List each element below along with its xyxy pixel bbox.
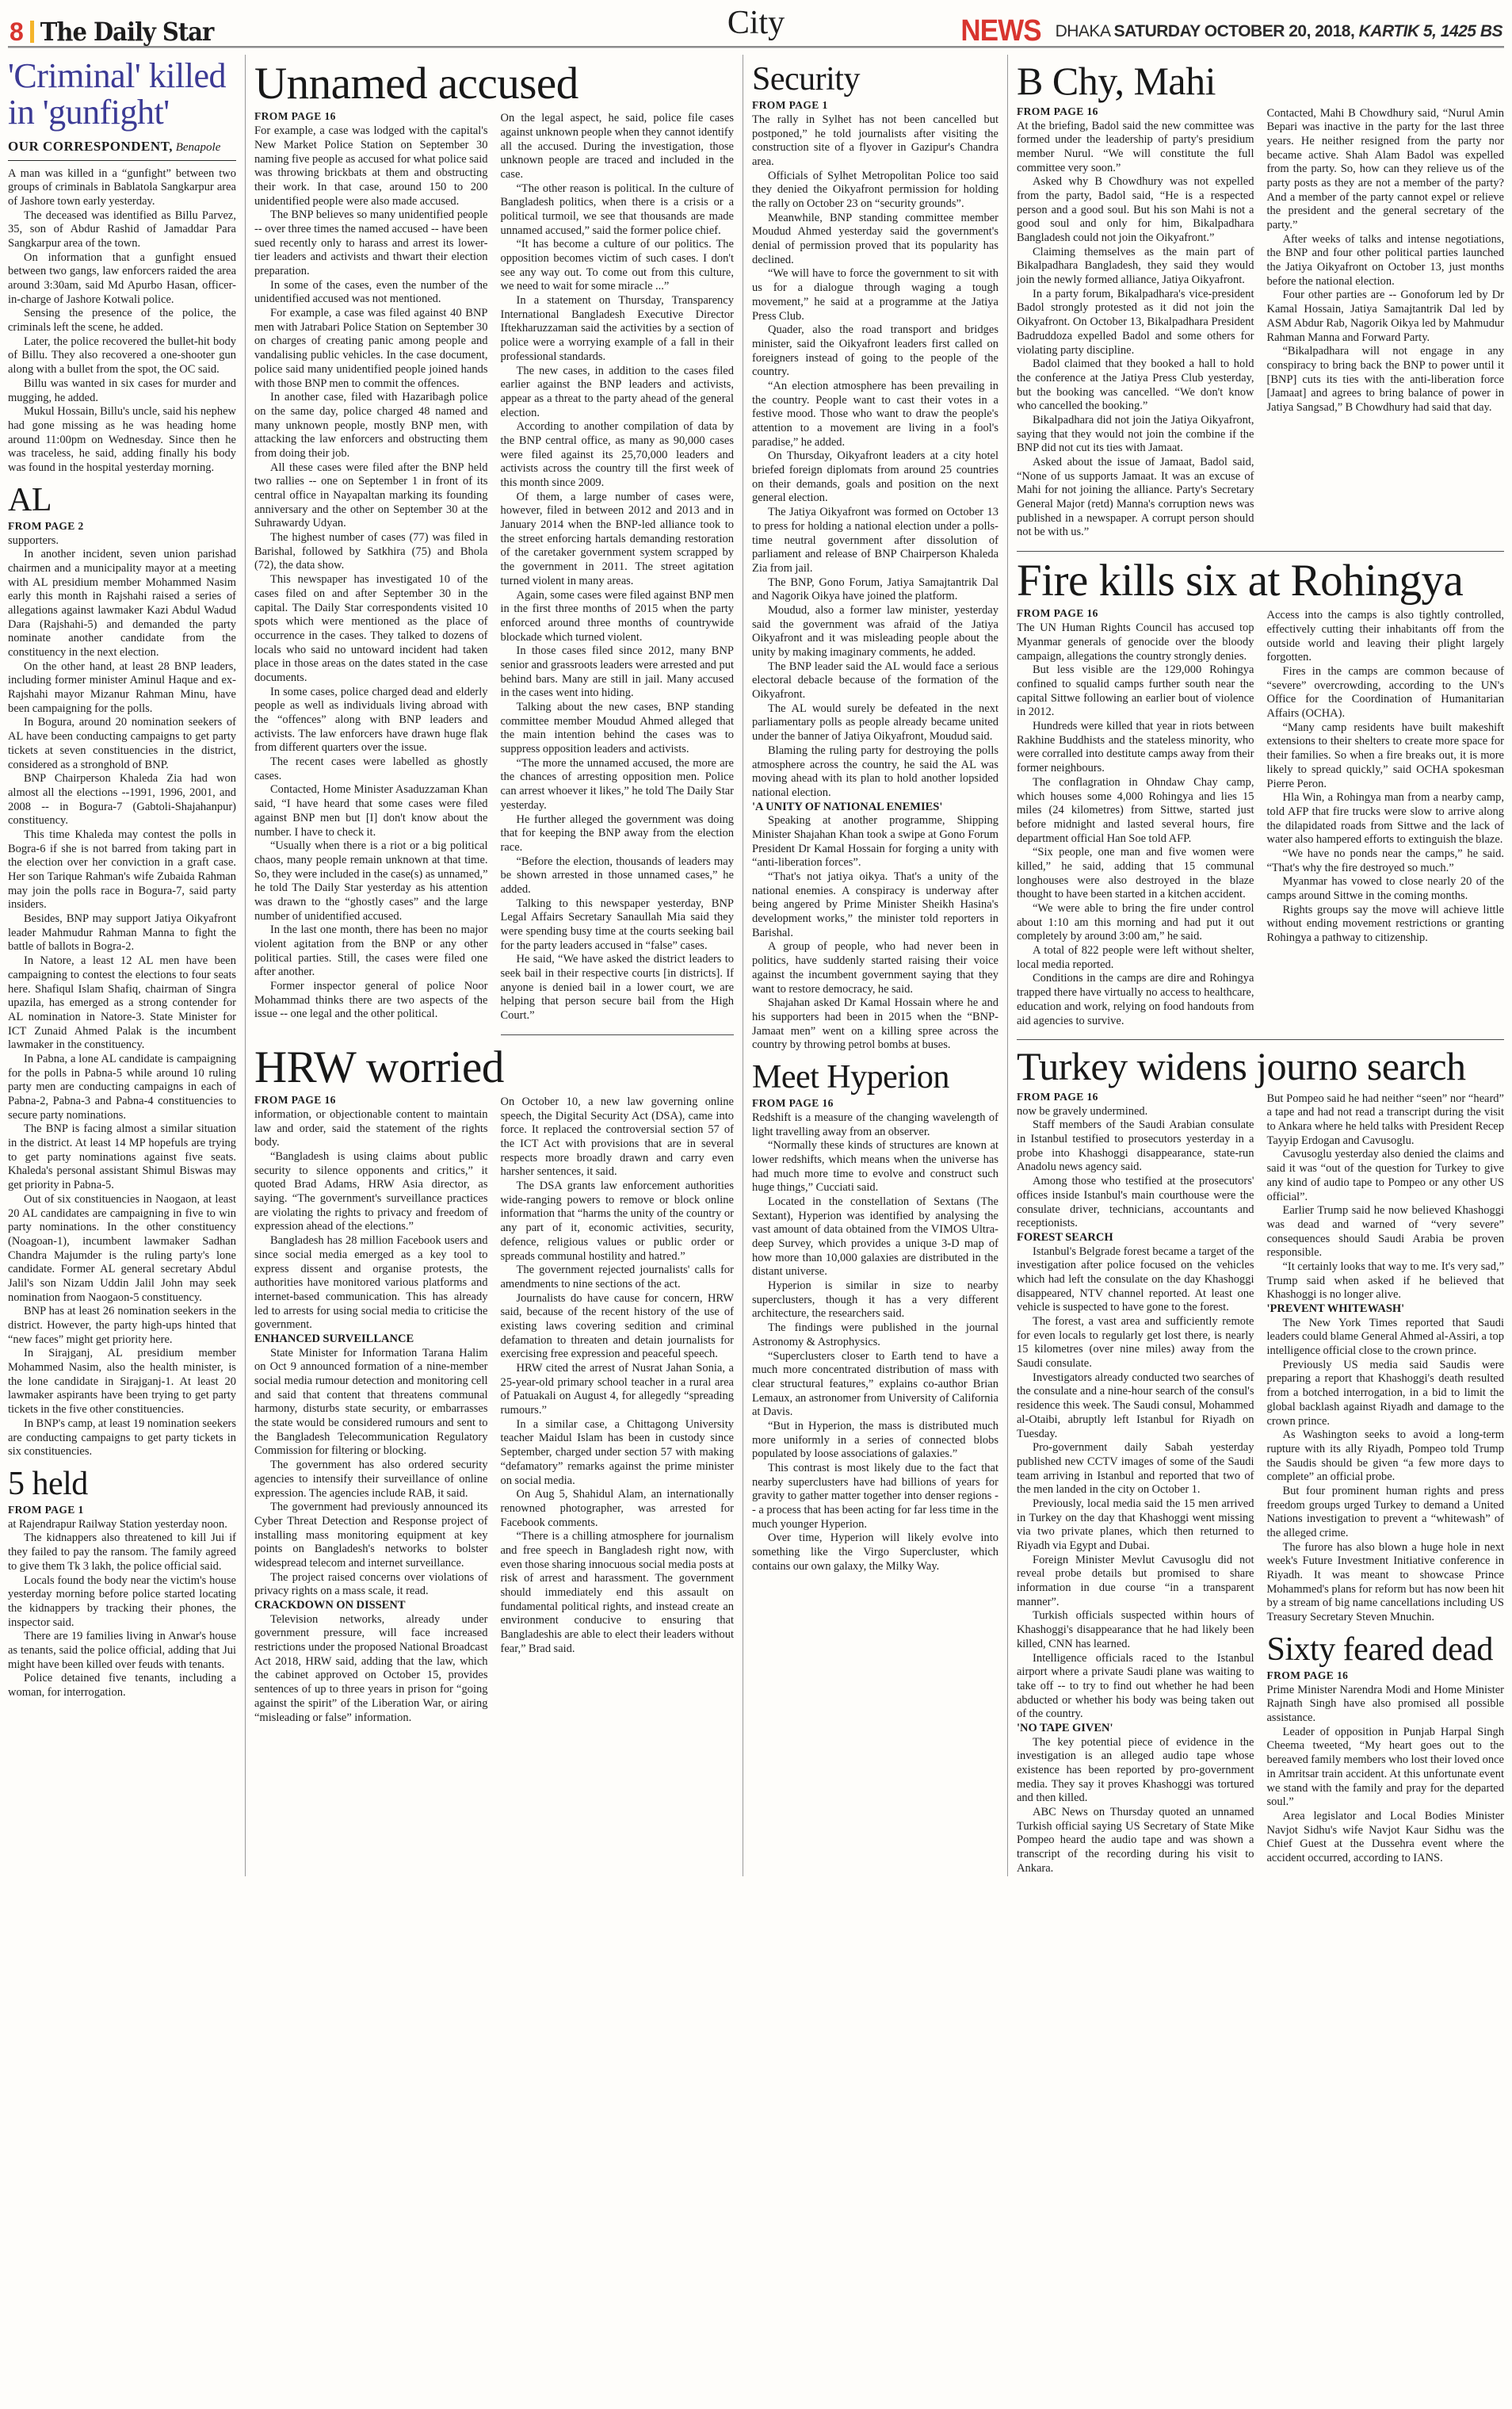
article-paragraph: Blaming the ruling party for destroying … [752, 744, 998, 801]
article-paragraph: Contacted, Home Minister Asaduzzaman Kha… [254, 783, 488, 839]
article-paragraph: According to another compilation of data… [501, 420, 735, 490]
article-body: At the briefing, Badol said the new comm… [1017, 120, 1254, 541]
article-paragraph: In BNP's camp, at least 19 nomination se… [8, 1417, 236, 1459]
newspaper-page: 8 The Daily Star City NEWS DHAKA SATURDA… [0, 0, 1512, 2409]
masthead-group: 8 The Daily Star [10, 19, 213, 44]
article-paragraph: Staff members of the Saudi Arabian consu… [1017, 1118, 1254, 1175]
article-paragraph: In a party forum, Bikalpadhara's vice-pr… [1017, 288, 1254, 358]
article-paragraph: ABC News on Thursday quoted an unnamed T… [1017, 1806, 1254, 1876]
article-paragraph: The AL would surely be defeated in the n… [752, 702, 998, 744]
article-paragraph: In those cases filed since 2012, many BN… [501, 644, 735, 701]
headline-unnamed-accused: Unnamed accused [254, 63, 734, 105]
article-paragraph: Locals found the body near the victim's … [8, 1574, 236, 1631]
article-paragraph: The government has also ordered security… [254, 1459, 488, 1501]
article-paragraph: Istanbul's Belgrade forest became a targ… [1017, 1245, 1254, 1315]
dateline-date: SATURDAY OCTOBER 20, 2018, [1114, 22, 1359, 40]
article-paragraph: On Aug 5, Shahidul Alam, an internationa… [501, 1488, 735, 1530]
article-paragraph: Later, the police recovered the bullet-h… [8, 335, 236, 377]
article-paragraph: For example, a case was filed against 40… [254, 307, 488, 391]
article-paragraph: In another case, filed with Hazaribagh p… [254, 391, 488, 461]
article-paragraph: Hundreds were killed that year in riots … [1017, 720, 1254, 776]
article-paragraph: Access into the camps is also tightly co… [1267, 609, 1505, 665]
article-paragraph: “But in Hyperion, the mass is distribute… [752, 1420, 998, 1462]
article-paragraph: “Six people, one man and five women were… [1017, 846, 1254, 902]
article-al-jump: AL FROM PAGE 2 supporters.In another inc… [8, 485, 236, 1459]
two-column-body: FROM PAGE 16 information, or objectionab… [254, 1091, 734, 1725]
article-paragraph: The government had previously announced … [254, 1501, 488, 1570]
article-paragraph: The highest number of cases (77) was fil… [254, 531, 488, 573]
article-paragraph: State Minister for Information Tarana Ha… [254, 1347, 488, 1459]
article-paragraph: A group of people, who had never been in… [752, 940, 998, 996]
article-paragraph: Talking to this newspaper yesterday, BNP… [501, 897, 735, 954]
headline-b-chy-mahi: B Chy, Mahi [1017, 63, 1504, 101]
section-rule [1017, 1039, 1504, 1040]
article-paragraph: This contrast is most likely due to the … [752, 1462, 998, 1531]
article-paragraph: All these cases were filed after the BNP… [254, 461, 488, 531]
article-paragraph: Besides, BNP may support Jatiya Oikyafro… [8, 912, 236, 954]
article-body: at Rajendrapur Railway Station yesterday… [8, 1518, 236, 1700]
article-paragraph: Hyperion is similar in size to nearby su… [752, 1279, 998, 1321]
article-paragraph: Previously US media said Saudis were pre… [1267, 1359, 1505, 1428]
article-paragraph: Asked about the issue of Jamaat, Badol s… [1017, 456, 1254, 540]
article-turkey-journo-jump: Turkey widens journo search FROM PAGE 16… [1017, 1048, 1504, 1876]
article-body: Contacted, Mahi B Chowdhury said, “Nurul… [1267, 107, 1505, 415]
article-paragraph: Area legislator and Local Bodies Ministe… [1267, 1810, 1505, 1866]
section-title: City [727, 6, 785, 40]
article-paragraph: Out of six constituencies in Naogaon, at… [8, 1193, 236, 1306]
article-paragraph: Billu was wanted in six cases for murder… [8, 377, 236, 405]
article-paragraph: On the legal aspect, he said, police fil… [501, 112, 735, 182]
article-paragraph: On the other hand, at least 28 BNP leade… [8, 660, 236, 717]
article-paragraph: “Usually when there is a riot or a big p… [254, 839, 488, 923]
article-paragraph: In another incident, seven union parisha… [8, 548, 236, 660]
headline-security: Security [752, 64, 998, 96]
article-paragraph: “An election atmosphere has been prevail… [752, 380, 998, 449]
article-paragraph: In a statement on Thursday, Transparency… [501, 294, 735, 364]
article-paragraph: “Before the election, thousands of leade… [501, 855, 735, 897]
article-paragraph: The project raised concerns over violati… [254, 1571, 488, 1599]
jump-kicker: FROM PAGE 16 [254, 1094, 488, 1107]
article-body: Prime Minister Narendra Modi and Home Mi… [1267, 1684, 1505, 1866]
column-band-2: Unnamed accused FROM PAGE 16 For example… [246, 55, 743, 1876]
article-paragraph: The recent cases were labelled as ghostl… [254, 755, 488, 783]
article-body: On October 10, a new law governing onlin… [501, 1096, 735, 1657]
article-paragraph: “Bangladesh is using claims about public… [254, 1150, 488, 1234]
article-paragraph: “It certainly looks that way to me. It's… [1267, 1260, 1505, 1302]
article-paragraph: In Pabna, a lone AL candidate is campaig… [8, 1053, 236, 1122]
article-paragraph: The government rejected journalists' cal… [501, 1264, 735, 1291]
article-paragraph: Bangladesh has 28 million Facebook users… [254, 1234, 488, 1333]
column-right: On October 10, a new law governing onlin… [501, 1091, 735, 1657]
two-column-body: FROM PAGE 16 now be gravely undermined.S… [1017, 1088, 1504, 1876]
jump-kicker: FROM PAGE 1 [8, 1504, 236, 1516]
article-paragraph: Earlier Trump said he now believed Khash… [1267, 1204, 1505, 1260]
article-paragraph: In Sirajganj, AL presidium member Mohamm… [8, 1347, 236, 1417]
article-paragraph: 'A UNITY OF NATIONAL ENEMIES' [752, 801, 998, 815]
article-paragraph: Asked why B Chowdhury was not expelled f… [1017, 175, 1254, 245]
headline-turkey-journo: Turkey widens journo search [1017, 1048, 1504, 1086]
article-paragraph: Investigators already conducted two sear… [1017, 1371, 1254, 1441]
article-body: The UN Human Rights Council has accused … [1017, 621, 1254, 1028]
jump-kicker: FROM PAGE 2 [8, 520, 236, 533]
headline-criminal-gunfight: 'Criminal' killed in 'gunfight' [8, 58, 236, 131]
article-paragraph: As Washington seeks to avoid a long-term… [1267, 1428, 1505, 1485]
article-paragraph: “We were able to bring the fire under co… [1017, 902, 1254, 944]
article-paragraph: In some of the cases, even the number of… [254, 279, 488, 307]
article-paragraph: The BNP believes so many unidentified pe… [254, 208, 488, 278]
article-body: now be gravely undermined.Staff members … [1017, 1105, 1254, 1876]
article-paragraph: Bikalpadhara did not join the Jatiya Oik… [1017, 414, 1254, 456]
article-paragraph: In some cases, police charged dead and e… [254, 686, 488, 755]
article-body: On the legal aspect, he said, police fil… [501, 112, 735, 1023]
column-right: On the legal aspect, he said, police fil… [501, 107, 735, 1038]
article-paragraph: The DSA grants law enforcement authoriti… [501, 1180, 735, 1264]
article-paragraph: BNP has at least 26 nomination seekers i… [8, 1305, 236, 1347]
article-end-rule [501, 1034, 735, 1035]
article-security-jump: Security FROM PAGE 1 The rally in Sylhet… [752, 64, 998, 1053]
article-paragraph: On information that a gunfight ensued be… [8, 251, 236, 308]
article-paragraph: Fires in the camps are common because of… [1267, 665, 1505, 721]
article-paragraph: The furore has also blown a huge hole in… [1267, 1541, 1505, 1625]
article-body: But Pompeo said he had neither “seen” no… [1267, 1092, 1505, 1625]
article-paragraph: Sensing the presence of the police, the … [8, 307, 236, 335]
article-paragraph: The BNP, Gono Forum, Jatiya Samajtantrik… [752, 576, 998, 604]
daily-star-logo: The Daily Star [40, 19, 214, 44]
page-content: 'Criminal' killed in 'gunfight' OUR CORR… [8, 55, 1504, 1876]
column-right: Access into the camps is also tightly co… [1267, 604, 1505, 946]
article-paragraph: Turkish officials suspected within hours… [1017, 1609, 1254, 1651]
article-meet-hyperion-jump: Meet Hyperion FROM PAGE 16 Redshift is a… [752, 1062, 998, 1574]
article-paragraph: On Thursday, Oikyafront leaders at a cit… [752, 449, 998, 506]
article-paragraph: Over time, Hyperion will likely evolve i… [752, 1531, 998, 1573]
jump-kicker: FROM PAGE 16 [1017, 1091, 1254, 1103]
byline: OUR CORRESPONDENT, Benapole [8, 139, 236, 161]
article-paragraph: “The more the unnamed accused, the more … [501, 757, 735, 813]
article-paragraph: supporters. [8, 534, 236, 549]
article-paragraph: In Bogura, around 20 nomination seekers … [8, 716, 236, 772]
article-body: A man was killed in a “gunfight” between… [8, 167, 236, 476]
article-paragraph: “Superclusters closer to Earth tend to h… [752, 1350, 998, 1420]
article-paragraph: He said, “We have asked the district lea… [501, 953, 735, 1023]
article-paragraph: Cavusoglu yesterday also denied the clai… [1267, 1148, 1505, 1204]
two-column-body: FROM PAGE 16 At the briefing, Badol said… [1017, 102, 1504, 541]
article-paragraph: Quader, also the road transport and brid… [752, 323, 998, 380]
article-paragraph: After weeks of talks and intense negotia… [1267, 233, 1505, 289]
article-paragraph: “Many camp residents have built makeshif… [1267, 721, 1505, 791]
article-paragraph: In Natore, a least 12 AL men have been c… [8, 954, 236, 1053]
headline-meet-hyperion: Meet Hyperion [752, 1062, 998, 1094]
article-paragraph: Hla Win, a Rohingya man from a nearby ca… [1267, 791, 1505, 847]
jump-kicker: FROM PAGE 16 [1017, 607, 1254, 620]
header-rule [8, 46, 1504, 48]
article-unnamed-accused-jump: Unnamed accused FROM PAGE 16 For example… [254, 63, 734, 1038]
article-paragraph: Journalists do have cause for concern, H… [501, 1292, 735, 1362]
article-paragraph: The Jatiya Oikyafront was formed on Octo… [752, 506, 998, 575]
two-column-body: FROM PAGE 16 For example, a case was lod… [254, 107, 734, 1038]
article-paragraph: In the last one month, there has been no… [254, 923, 488, 980]
news-label: NEWS [960, 17, 1040, 44]
article-body: Access into the camps is also tightly co… [1267, 609, 1505, 946]
jump-kicker: FROM PAGE 16 [254, 110, 488, 123]
article-paragraph: He further alleged the government was do… [501, 813, 735, 855]
article-body: information, or objectionable content to… [254, 1108, 488, 1725]
article-paragraph: ENHANCED SURVEILLANCE [254, 1333, 488, 1347]
headline-al: AL [8, 485, 236, 517]
article-paragraph: Myanmar has vowed to close nearly 20 of … [1267, 875, 1505, 903]
article-paragraph: Redshift is a measure of the changing wa… [752, 1111, 998, 1139]
jump-kicker: FROM PAGE 1 [752, 99, 998, 112]
article-paragraph: Foreign Minister Mevlut Cavusoglu did no… [1017, 1554, 1254, 1610]
headline-fire-rohingya: Fire kills six at Rohingya [1017, 560, 1504, 602]
article-paragraph: Mukul Hossain, Billu's uncle, said his n… [8, 405, 236, 475]
article-paragraph: On October 10, a new law governing onlin… [501, 1096, 735, 1180]
article-paragraph: Former inspector general of police Noor … [254, 980, 488, 1022]
article-paragraph: Prime Minister Narendra Modi and Home Mi… [1267, 1684, 1505, 1726]
jump-kicker: FROM PAGE 16 [1017, 105, 1254, 118]
article-paragraph: There are 19 families living in Anwar's … [8, 1630, 236, 1672]
article-paragraph: Contacted, Mahi B Chowdhury said, “Nurul… [1267, 107, 1505, 233]
two-column-body: FROM PAGE 16 The UN Human Rights Council… [1017, 604, 1504, 1028]
article-paragraph: “We have no ponds near the camps,” he sa… [1267, 847, 1505, 875]
column-left: FROM PAGE 16 now be gravely undermined.S… [1017, 1088, 1254, 1876]
article-paragraph: The UN Human Rights Council has accused … [1017, 621, 1254, 663]
article-paragraph: At the briefing, Badol said the new comm… [1017, 120, 1254, 176]
article-paragraph: A man was killed in a “gunfight” between… [8, 167, 236, 209]
article-paragraph: Television networks, already under gover… [254, 1613, 488, 1726]
article-paragraph: 'PREVENT WHITEWASH' [1267, 1302, 1505, 1317]
headline-sixty-feared-dead: Sixty feared dead [1267, 1635, 1505, 1666]
article-paragraph: Badol claimed that they booked a hall to… [1017, 358, 1254, 414]
article-paragraph: “Normally these kinds of structures are … [752, 1139, 998, 1195]
article-paragraph: Of them, a large number of cases were, h… [501, 491, 735, 589]
dateline-city: DHAKA [1056, 22, 1114, 40]
column-band-4: B Chy, Mahi FROM PAGE 16 At the briefing… [1008, 55, 1504, 1876]
article-sixty-feared-dead-jump: Sixty feared dead FROM PAGE 16 Prime Min… [1267, 1635, 1505, 1866]
article-paragraph: at Rajendrapur Railway Station yesterday… [8, 1518, 236, 1532]
article-paragraph: The BNP leader said the AL would face a … [752, 660, 998, 702]
article-paragraph: BNP Chairperson Khaleda Zia had won almo… [8, 772, 236, 828]
article-body: supporters.In another incident, seven un… [8, 534, 236, 1459]
article-paragraph: This newspaper has investigated 10 of th… [254, 573, 488, 686]
article-paragraph: The conflagration in Ohndaw Chay camp, w… [1017, 776, 1254, 846]
article-paragraph: Four other parties are -- Gonoforum led … [1267, 289, 1505, 345]
article-paragraph: HRW cited the arrest of Nusrat Jahan Son… [501, 1362, 735, 1418]
byline-place: Benapole [176, 141, 221, 154]
column-right: But Pompeo said he had neither “seen” no… [1267, 1088, 1505, 1866]
article-paragraph: In a similar case, a Chittagong Universi… [501, 1418, 735, 1488]
article-criminal-gunfight: 'Criminal' killed in 'gunfight' OUR CORR… [8, 58, 236, 476]
article-paragraph: Previously, local media said the 15 men … [1017, 1497, 1254, 1554]
masthead-divider-bar [30, 21, 34, 43]
article-paragraph: The BNP is facing almost a similar situa… [8, 1122, 236, 1192]
article-body: For example, a case was lodged with the … [254, 124, 488, 1022]
page-header: 8 The Daily Star City NEWS DHAKA SATURDA… [8, 5, 1504, 44]
article-5-held-jump: 5 held FROM PAGE 1 at Rajendrapur Railwa… [8, 1469, 236, 1700]
section-rule [1017, 551, 1504, 552]
article-paragraph: “That's not jatiya oikya. That's a unity… [752, 870, 998, 940]
article-paragraph: The rally in Sylhet has not been cancell… [752, 113, 998, 170]
article-paragraph: information, or objectionable content to… [254, 1108, 488, 1150]
dateline: DHAKA SATURDAY OCTOBER 20, 2018, KARTIK … [1056, 22, 1502, 44]
article-body: Redshift is a measure of the changing wa… [752, 1111, 998, 1574]
article-paragraph: But Pompeo said he had neither “seen” no… [1267, 1092, 1505, 1149]
headline-hrw-worried: HRW worried [254, 1046, 734, 1089]
article-paragraph: Intelligence officials raced to the Ista… [1017, 1652, 1254, 1722]
article-b-chy-mahi-jump: B Chy, Mahi FROM PAGE 16 At the briefing… [1017, 63, 1504, 540]
jump-kicker: FROM PAGE 16 [752, 1097, 998, 1110]
article-paragraph: Pro-government daily Sabah yesterday pub… [1017, 1441, 1254, 1497]
article-paragraph: The kidnappers also threatened to kill J… [8, 1531, 236, 1573]
article-paragraph: Officials of Sylhet Metropolitan Police … [752, 170, 998, 212]
article-fire-rohingya-jump: Fire kills six at Rohingya FROM PAGE 16 … [1017, 560, 1504, 1028]
page-number: 8 [10, 19, 24, 44]
column-band-1: 'Criminal' killed in 'gunfight' OUR CORR… [8, 55, 246, 1876]
article-paragraph: This time Khaleda may contest the polls … [8, 828, 236, 912]
byline-correspondent: OUR CORRESPONDENT, [8, 139, 173, 154]
article-paragraph: FOREST SEARCH [1017, 1231, 1254, 1245]
article-paragraph: Again, some cases were filed against BNP… [501, 589, 735, 645]
article-paragraph: Speaking at another programme, Shipping … [752, 814, 998, 870]
article-paragraph: “There is a chilling atmosphere for jour… [501, 1530, 735, 1656]
article-paragraph: “Bikalpadhara will not engage in any con… [1267, 345, 1505, 415]
article-paragraph: now be gravely undermined. [1017, 1105, 1254, 1119]
article-paragraph: “It has become a culture of our politics… [501, 238, 735, 294]
article-paragraph: A total of 822 people were left without … [1017, 944, 1254, 972]
column-band-3: Security FROM PAGE 1 The rally in Sylhet… [743, 55, 1008, 1876]
article-paragraph: CRACKDOWN ON DISSENT [254, 1599, 488, 1613]
article-paragraph: Police detained five tenants, including … [8, 1672, 236, 1700]
article-paragraph: Rights groups say the move will achieve … [1267, 904, 1505, 946]
article-hrw-worried-jump: HRW worried FROM PAGE 16 information, or… [254, 1046, 734, 1725]
column-left: FROM PAGE 16 The UN Human Rights Council… [1017, 604, 1254, 1028]
article-paragraph: Meanwhile, BNP standing committee member… [752, 212, 998, 268]
jump-kicker: FROM PAGE 16 [1267, 1669, 1505, 1682]
article-paragraph: Conditions in the camps are dire and Roh… [1017, 972, 1254, 1028]
header-right: NEWS DHAKA SATURDAY OCTOBER 20, 2018, KA… [957, 17, 1502, 44]
article-paragraph: Located in the constellation of Sextans … [752, 1195, 998, 1279]
article-paragraph: For example, a case was lodged with the … [254, 124, 488, 208]
column-left: FROM PAGE 16 At the briefing, Badol said… [1017, 102, 1254, 541]
article-paragraph: “We will have to force the government to… [752, 267, 998, 323]
article-paragraph: Moudud, also a former law minister, yest… [752, 604, 998, 660]
headline-5-held: 5 held [8, 1469, 236, 1501]
article-paragraph: Talking about the new cases, BNP standin… [501, 701, 735, 757]
article-paragraph: The deceased was identified as Billu Par… [8, 209, 236, 251]
article-paragraph: The forest, a vast area and sufficiently… [1017, 1315, 1254, 1371]
article-paragraph: Among those who testified at the prosecu… [1017, 1175, 1254, 1231]
article-paragraph: The New York Times reported that Saudi l… [1267, 1317, 1505, 1359]
dateline-bs: KARTIK 5, 1425 BS [1359, 22, 1502, 40]
article-body: The rally in Sylhet has not been cancell… [752, 113, 998, 1053]
article-paragraph: The findings were published in the journ… [752, 1321, 998, 1349]
article-paragraph: Leader of opposition in Punjab Harpal Si… [1267, 1726, 1505, 1810]
article-paragraph: Shajahan asked Dr Kamal Hossain where he… [752, 996, 998, 1053]
column-left: FROM PAGE 16 For example, a case was lod… [254, 107, 488, 1022]
article-paragraph: “The other reason is political. In the c… [501, 182, 735, 239]
article-paragraph: Claiming themselves as the main part of … [1017, 246, 1254, 288]
article-paragraph: But four prominent human rights and pres… [1267, 1485, 1505, 1541]
column-right: Contacted, Mahi B Chowdhury said, “Nurul… [1267, 102, 1505, 415]
column-left: FROM PAGE 16 information, or objectionab… [254, 1091, 488, 1725]
article-paragraph: 'NO TAPE GIVEN' [1017, 1722, 1254, 1736]
article-paragraph: But less visible are the 129,000 Rohingy… [1017, 663, 1254, 720]
article-paragraph: The new cases, in addition to the cases … [501, 365, 735, 421]
article-paragraph: The key potential piece of evidence in t… [1017, 1736, 1254, 1806]
